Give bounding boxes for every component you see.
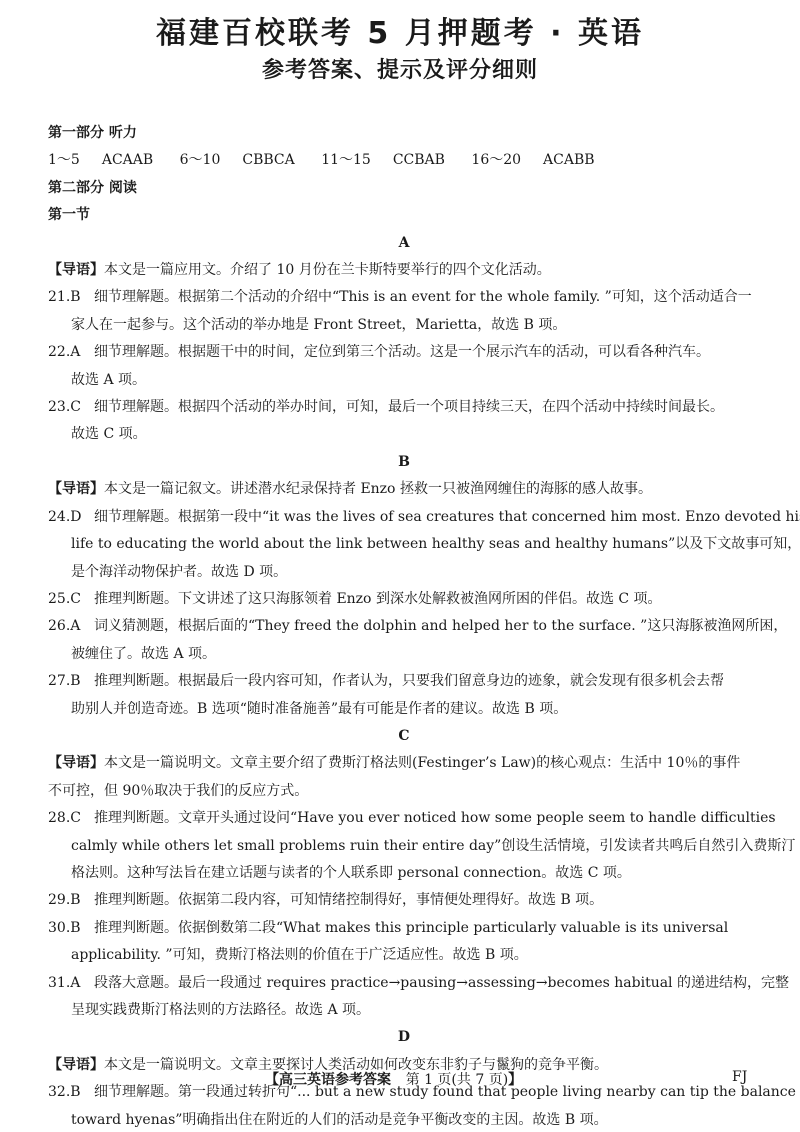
explanation-line: 推理判断题。依据第二段内容，可知情绪控制得好，事情便处理得好。故选 B 项。 [94, 892, 603, 908]
page-number: 第 1 页(共 7 页) [406, 1072, 509, 1088]
answer-range: 6～10 [180, 152, 221, 168]
explanation-line: 格法则。这种写法旨在建立话题与读者的个人联系即 personal connect… [48, 860, 760, 887]
lead-tag: 【导语】 [48, 1057, 104, 1073]
explanation-line: 细节理解题。根据第二个活动的介绍中“This is an event for t… [94, 289, 752, 305]
answer-item: 28.C推理判断题。文章开头通过设问“Have you ever noticed… [48, 805, 760, 887]
answer-range: 11～15 [321, 152, 371, 168]
explanation-line: 助别人并创造奇迹。B 选项“随时准备施善”最有可能是作者的建议。故选 B 项。 [48, 696, 760, 723]
explanation-line: 被缠住了。故选 A 项。 [48, 641, 760, 668]
passage-label-d: D [48, 1024, 760, 1051]
part1-heading: 第一部分 听力 [48, 120, 760, 147]
explanation-line: applicability. ”可知，费斯汀格法则的价值在于广泛适应性。故选 B… [48, 942, 760, 969]
passage-label-a: A [48, 230, 760, 257]
question-number: 30.B [48, 915, 94, 942]
document-subtitle: 参考答案、提示及评分细则 [0, 56, 800, 86]
explanation-line: 家人在一起参与。这个活动的举办地是 Front Street，Marietta，… [48, 312, 760, 339]
lead-text: 不可控，但 90％取决于我们的反应方式。 [48, 778, 760, 805]
explanation-line: 推理判断题。依据倒数第二段“What makes this principle … [94, 920, 728, 936]
explanation-line: 细节理解题。根据题干中的时间，定位到第三个活动。这是一个展示汽车的活动，可以看各… [94, 344, 710, 360]
explanation-line: 细节理解题。根据四个活动的举办时间，可知，最后一个项目持续三天，在四个活动中持续… [94, 399, 724, 415]
footer-label: 【高三英语参考答案 第 1 页(共 7 页)】 [265, 1069, 522, 1089]
answer-item: 29.B推理判断题。依据第二段内容，可知情绪控制得好，事情便处理得好。故选 B … [48, 887, 760, 914]
question-number: 32.B [48, 1079, 94, 1106]
passage-lead: 【导语】本文是一篇记叙文。讲述潜水纪录保持者 Enzo 拯救一只被渔网缠住的海豚… [48, 476, 760, 503]
answer-item: 31.A段落大意题。最后一段通过 requires practice→pausi… [48, 970, 760, 1025]
answer-item: 25.C推理判断题。下文讲述了这只海豚领着 Enzo 到深水处解救被渔网所困的伴… [48, 586, 760, 613]
question-number: 21.B [48, 284, 94, 311]
footer-bracket: 】 [508, 1072, 522, 1088]
explanation-line: 故选 C 项。 [48, 421, 760, 448]
answer-item: 23.C细节理解题。根据四个活动的举办时间，可知，最后一个项目持续三天，在四个活… [48, 394, 760, 449]
answer-item: 30.B推理判断题。依据倒数第二段“What makes this princi… [48, 915, 760, 970]
document-title: 福建百校联考 5 月押题考 · 英语 [0, 14, 800, 54]
question-number: 23.C [48, 394, 94, 421]
question-number: 22.A [48, 339, 94, 366]
lead-text: 本文是一篇说明文。文章主要介绍了费斯汀格法则(Festinger’s Law)的… [104, 755, 740, 771]
answer-range: 1～5 [48, 152, 80, 168]
answer-item: 21.B细节理解题。根据第二个活动的介绍中“This is an event f… [48, 284, 760, 339]
lead-text: 本文是一篇记叙文。讲述潜水纪录保持者 Enzo 拯救一只被渔网缠住的海豚的感人故… [104, 481, 652, 497]
part2-heading: 第二部分 阅读 [48, 175, 760, 202]
listening-answers: 1～5ACAAB 6～10CBBCA 11～15CCBAB 16～20ACABB [48, 147, 760, 174]
explanation-line: 是个海洋动物保护者。故选 D 项。 [48, 559, 760, 586]
answer-range: 16～20 [471, 152, 521, 168]
explanation-line: 推理判断题。文章开头通过设问“Have you ever noticed how… [94, 810, 776, 826]
question-number: 26.A [48, 613, 94, 640]
explanation-line: 呈现实践费斯汀格法则的方法路径。故选 A 项。 [48, 997, 760, 1024]
explanation-line: toward hyenas”明确指出住在附近的人们的活动是竞争平衡改变的主因。故… [48, 1107, 760, 1132]
passage-label-c: C [48, 723, 760, 750]
explanation-line: 推理判断题。下文讲述了这只海豚领着 Enzo 到深水处解救被渔网所困的伴侣。故选… [94, 591, 662, 607]
lead-text: 本文是一篇应用文。介绍了 10 月份在兰卡斯特要举行的四个文化活动。 [104, 262, 551, 278]
answer-keys: CCBAB [393, 152, 445, 168]
answer-content: 第一部分 听力 1～5ACAAB 6～10CBBCA 11～15CCBAB 16… [48, 120, 760, 1132]
region-code: FJ [732, 1069, 747, 1085]
passage-lead: 【导语】本文是一篇应用文。介绍了 10 月份在兰卡斯特要举行的四个文化活动。 [48, 257, 760, 284]
lead-tag: 【导语】 [48, 755, 104, 771]
explanation-line: 段落大意题。最后一段通过 requires practice→pausing→a… [94, 975, 789, 991]
answer-item: 24.D细节理解题。根据第一段中“it was the lives of sea… [48, 504, 760, 586]
question-number: 25.C [48, 586, 94, 613]
question-number: 29.B [48, 887, 94, 914]
passage-lead: 【导语】本文是一篇说明文。文章主要介绍了费斯汀格法则(Festinger’s L… [48, 750, 760, 777]
answer-item: 22.A细节理解题。根据题干中的时间，定位到第三个活动。这是一个展示汽车的活动，… [48, 339, 760, 394]
answer-keys: ACABB [543, 152, 595, 168]
explanation-line: 推理判断题。根据最后一段内容可知，作者认为，只要我们留意身边的迹象，就会发现有很… [94, 673, 724, 689]
section-heading: 第一节 [48, 202, 760, 229]
question-number: 31.A [48, 970, 94, 997]
lead-tag: 【导语】 [48, 262, 104, 278]
explanation-line: life to educating the world about the li… [48, 531, 760, 558]
question-number: 28.C [48, 805, 94, 832]
question-number: 27.B [48, 668, 94, 695]
explanation-line: calmly while others let small problems r… [48, 833, 760, 860]
footer-doc-name: 【高三英语参考答案 [265, 1072, 391, 1088]
question-number: 24.D [48, 504, 94, 531]
answer-keys: ACAAB [102, 152, 153, 168]
explanation-line: 故选 A 项。 [48, 367, 760, 394]
answer-item: 27.B推理判断题。根据最后一段内容可知，作者认为，只要我们留意身边的迹象，就会… [48, 668, 760, 723]
lead-tag: 【导语】 [48, 481, 104, 497]
explanation-line: 细节理解题。根据第一段中“it was the lives of sea cre… [94, 509, 800, 525]
answer-item: 26.A词义猜测题，根据后面的“They freed the dolphin a… [48, 613, 760, 668]
passage-label-b: B [48, 449, 760, 476]
explanation-line: 词义猜测题，根据后面的“They freed the dolphin and h… [94, 618, 787, 634]
answer-keys: CBBCA [242, 152, 294, 168]
